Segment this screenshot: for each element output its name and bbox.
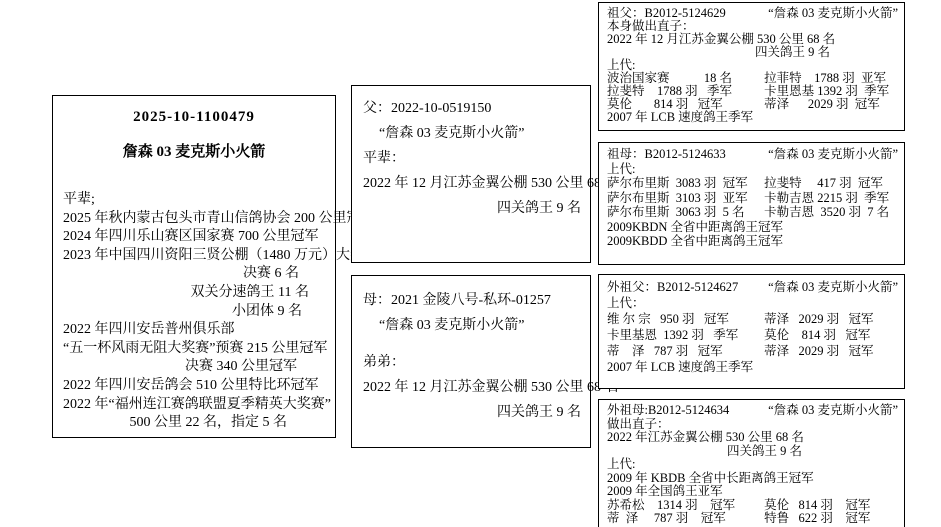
ace-pigeon-award: 2009 年全国鸽王亚军 xyxy=(607,485,898,499)
achievement-line: 2024 年四川乐山赛区国家赛 700 公里冠军 xyxy=(63,228,329,247)
ace-pigeon-award: 2009KBDN 全省中距离鸽王冠军 xyxy=(607,220,898,235)
achievement-line: 双关分速鸽王 11 名 xyxy=(63,284,329,303)
result-cell: 特鲁 622 羽 冠军 xyxy=(764,512,898,526)
maternal-grandfather-box: 外祖父：B2012-5124627 “詹森 03 麦克斯小火箭” 上代： 维 尔… xyxy=(598,274,905,389)
achievement-line: 500 公里 22 名，指定 5 名 xyxy=(63,414,329,433)
result-row: 卡里基恩 1392 羽 季军 莫伦 814 羽 冠军 xyxy=(607,327,898,343)
achievement-line: 2023 年中国四川资阳三贤公棚（1480 万元）大奖 xyxy=(63,247,329,266)
mother-ring: 母：2021 金陵八号-私环-01257 xyxy=(352,288,590,313)
result-cell: 蒂泽 2029 羽 冠军 xyxy=(764,311,898,327)
achievement-line: 2025 年秋内蒙古包头市青山信鸽协会 200 公里冠军 xyxy=(63,210,329,229)
maternal-grandfather-ring: 外祖父：B2012-5124627 xyxy=(607,279,738,295)
achievement-line: 决赛 340 公里冠军 xyxy=(63,358,329,377)
result-cell: 苏希松 1314 羽 冠军 xyxy=(607,499,764,513)
main-achievements: 平辈; 2025 年秋内蒙古包头市青山信鸽协会 200 公里冠军 2024 年四… xyxy=(53,191,335,433)
result-cell: 萨尔布里斯 3103 羽 亚军 xyxy=(607,191,764,206)
result-cell: 拉斐特 417 羽 冠军 xyxy=(764,176,898,191)
result-cell: 卡里基恩 1392 羽 季军 xyxy=(607,327,764,343)
result-cell: 蒂泽 2029 羽 冠军 xyxy=(764,343,898,359)
result-row: 萨尔布里斯 3103 羽 亚军 卡勒吉恩 2215 羽 季军 xyxy=(607,191,898,206)
offspring-race-result: 2022 年 12 月江苏金翼公棚 530 公里 68 名 xyxy=(607,33,898,46)
ace-pigeon-award: 2009KBDD 全省中距离鸽王冠军 xyxy=(607,234,898,249)
maternal-grandfather-name: “詹森 03 麦克斯小火箭” xyxy=(768,279,898,295)
father-race-result: 2022 年 12 月江苏金翼公棚 530 公里 68 名 xyxy=(352,171,590,196)
father-box: 父：2022-10-0519150 “詹森 03 麦克斯小火箭” 平辈： 202… xyxy=(351,85,591,263)
maternal-grandfather-header: 外祖父：B2012-5124627 “詹森 03 麦克斯小火箭” xyxy=(607,279,898,295)
result-cell: 莫伦 814 羽 冠军 xyxy=(764,327,898,343)
result-row: 萨尔布里斯 3083 羽 冠军 拉斐特 417 羽 冠军 xyxy=(607,176,898,191)
result-cell: 卡勒吉恩 2215 羽 季军 xyxy=(764,191,898,206)
offspring-award: 四关鸽王 9 名 xyxy=(607,46,898,59)
maternal-grandmother-ring: 外祖母:B2012-5124634 xyxy=(607,404,729,418)
result-cell: 蒂 泽 787 羽 冠军 xyxy=(607,512,764,526)
ace-pigeon-award: 2007 年 LCB 速度鸽王季军 xyxy=(607,359,898,375)
pigeon-name: 詹森 03 麦克斯小火箭 xyxy=(53,140,335,161)
mother-brother-label: 弟弟： xyxy=(352,350,590,375)
offspring-race-result: 2022 年江苏金翼公棚 530 公里 68 名 xyxy=(607,431,898,445)
result-cell: 蒂 泽 787 羽 冠军 xyxy=(607,343,764,359)
peer-label: 平辈; xyxy=(63,191,329,210)
result-cell: 维 尔 宗 950 羽 冠军 xyxy=(607,311,764,327)
result-row: 蒂 泽 787 羽 冠军 特鲁 622 羽 冠军 xyxy=(607,512,898,526)
main-pigeon-box: 2025-10-1100479 詹森 03 麦克斯小火箭 平辈; 2025 年秋… xyxy=(52,95,336,438)
ancestry-label: 上代: xyxy=(607,458,898,472)
result-cell: 莫伦 814 羽 冠军 xyxy=(764,499,898,513)
own-offspring-label: 做出直子： xyxy=(607,418,898,432)
result-row: 蒂 泽 787 羽 冠军 蒂泽 2029 羽 冠军 xyxy=(607,343,898,359)
grandfather-name: “詹森 03 麦克斯小火箭” xyxy=(768,7,898,20)
maternal-grandmother-header: 外祖母:B2012-5124634 “詹森 03 麦克斯小火箭” xyxy=(607,404,898,418)
result-cell: 蒂泽 2029 羽 冠军 xyxy=(764,98,898,111)
offspring-award: 四关鸽王 9 名 xyxy=(607,445,898,459)
mother-award: 四关鸽王 9 名 xyxy=(352,400,590,425)
achievement-line: 2022 年四川安岳鸽会 510 公里特比环冠军 xyxy=(63,377,329,396)
ancestry-label: 上代： xyxy=(607,295,898,311)
mother-race-result: 2022 年 12 月江苏金翼公棚 530 公里 68 名 xyxy=(352,375,590,400)
ring-number: 2025-10-1100479 xyxy=(53,109,335,126)
achievement-line: 小团体 9 名 xyxy=(63,303,329,322)
ace-pigeon-award: 2009 年 KBDB 全省中长距离鸽王冠军 xyxy=(607,472,898,486)
ancestry-label: 上代: xyxy=(607,162,898,177)
mother-box: 母：2021 金陵八号-私环-01257 “詹森 03 麦克斯小火箭” 弟弟： … xyxy=(351,275,591,448)
result-cell: 萨尔布里斯 3083 羽 冠军 xyxy=(607,176,764,191)
grandmother-header: 祖母：B2012-5124633 “詹森 03 麦克斯小火箭” xyxy=(607,147,898,162)
father-name: “詹森 03 麦克斯小火箭” xyxy=(352,121,590,146)
achievement-line: 决赛 6 名 xyxy=(63,265,329,284)
father-sibling-label: 平辈： xyxy=(352,146,590,171)
mother-name: “詹森 03 麦克斯小火箭” xyxy=(352,313,590,338)
grandmother-box: 祖母：B2012-5124633 “詹森 03 麦克斯小火箭” 上代: 萨尔布里… xyxy=(598,142,905,265)
achievement-line: “五一杯风雨无阻大奖赛”预赛 215 公里冠军 xyxy=(63,340,329,359)
father-award: 四关鸽王 9 名 xyxy=(352,196,590,221)
result-row: 萨尔布里斯 3063 羽 5 名 卡勒吉恩 3520 羽 7 名 xyxy=(607,205,898,220)
grandmother-ring: 祖母：B2012-5124633 xyxy=(607,147,726,162)
maternal-grandmother-box: 外祖母:B2012-5124634 “詹森 03 麦克斯小火箭” 做出直子： 2… xyxy=(598,399,905,527)
achievement-line: 2022 年四川安岳普州俱乐部 xyxy=(63,321,329,340)
grandmother-name: “詹森 03 麦克斯小火箭” xyxy=(768,147,898,162)
grandfather-box: 祖父：B2012-5124629 “詹森 03 麦克斯小火箭” 本身做出直子： … xyxy=(598,2,905,131)
achievement-line: 2022 年“福州连江赛鸽联盟夏季精英大奖赛” xyxy=(63,396,329,415)
result-row: 维 尔 宗 950 羽 冠军 蒂泽 2029 羽 冠军 xyxy=(607,311,898,327)
result-cell: 萨尔布里斯 3063 羽 5 名 xyxy=(607,205,764,220)
father-ring: 父：2022-10-0519150 xyxy=(352,96,590,121)
maternal-grandmother-name: “詹森 03 麦克斯小火箭” xyxy=(768,404,898,418)
result-row: 苏希松 1314 羽 冠军 莫伦 814 羽 冠军 xyxy=(607,499,898,513)
result-cell: 卡勒吉恩 3520 羽 7 名 xyxy=(764,205,898,220)
ace-pigeon-award: 2007 年 LCB 速度鸽王季军 xyxy=(607,111,898,124)
